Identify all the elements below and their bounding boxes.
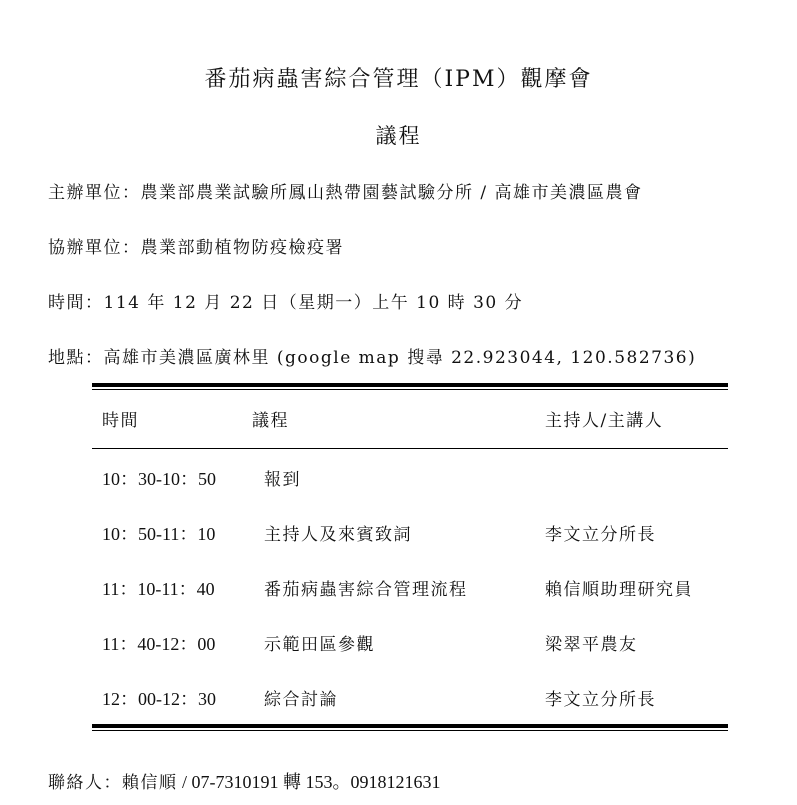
header-time: 時間 — [102, 406, 139, 431]
agenda-row: 11：40-12：00 示範田區參觀 梁翠平農友 — [92, 614, 728, 669]
agenda-table: 時間 議程 主持人/主講人 10：30-10：50 報到 10：50-11：10… — [92, 383, 728, 731]
row-host: 賴信順助理研究員 — [545, 575, 693, 600]
event-location-value: 高雄市美濃區廣林里 (google map 搜尋 22.923044, 120.… — [104, 348, 697, 368]
agenda-row: 10：50-11：10 主持人及來賓致詞 李文立分所長 — [92, 504, 728, 559]
document-title: 番茄病蟲害綜合管理（IPM）觀摩會 — [0, 62, 797, 93]
row-item: 示範田區參觀 — [264, 630, 375, 655]
agenda-row: 10：30-10：50 報到 — [92, 449, 728, 504]
agenda-row: 11：10-11：40 番茄病蟲害綜合管理流程 賴信順助理研究員 — [92, 559, 728, 614]
contact-line: 聯絡人：賴信順 / 07-7310191 轉 153。0918121631 — [48, 768, 441, 794]
agenda-row: 12：00-12：30 綜合討論 李文立分所長 — [92, 669, 728, 724]
row-item: 綜合討論 — [264, 685, 338, 710]
document-subtitle: 議程 — [0, 120, 797, 150]
event-time-line: 時間：114 年 12 月 22 日（星期一）上午 10 時 30 分 — [48, 288, 523, 313]
contact-phone: / 07-7310191 轉 153。0918121631 — [178, 772, 441, 792]
table-bottom-border-thin — [92, 730, 728, 731]
co-organizer-line: 協辦單位：農業部動植物防疫檢疫署 — [48, 233, 344, 258]
row-time: 10：50-11：10 — [102, 520, 215, 546]
row-time: 12：00-12：30 — [102, 685, 216, 711]
agenda-rows: 10：30-10：50 報到 10：50-11：10 主持人及來賓致詞 李文立分… — [92, 449, 728, 724]
header-item: 議程 — [252, 406, 289, 431]
row-time: 11：40-12：00 — [102, 630, 215, 656]
host-organizer-line: 主辦單位：農業部農業試驗所鳳山熱帶園藝試驗分所 / 高雄市美濃區農會 — [48, 178, 643, 203]
co-organizer-label: 協辦單位： — [48, 238, 141, 258]
row-host: 李文立分所長 — [545, 685, 656, 710]
agenda-header-row: 時間 議程 主持人/主講人 — [92, 390, 728, 449]
header-host: 主持人/主講人 — [545, 406, 663, 431]
event-time-label: 時間： — [48, 293, 104, 313]
row-item: 主持人及來賓致詞 — [264, 520, 412, 545]
co-organizer-value: 農業部動植物防疫檢疫署 — [141, 238, 345, 258]
row-host: 李文立分所長 — [545, 520, 656, 545]
event-time-value: 114 年 12 月 22 日（星期一）上午 10 時 30 分 — [104, 293, 524, 313]
row-time: 11：10-11：40 — [102, 575, 215, 601]
row-host: 梁翠平農友 — [545, 630, 638, 655]
event-location-label: 地點： — [48, 348, 104, 368]
host-organizer-value: 農業部農業試驗所鳳山熱帶園藝試驗分所 / 高雄市美濃區農會 — [141, 183, 643, 203]
row-time: 10：30-10：50 — [102, 465, 216, 491]
contact-name: 賴信順 — [122, 773, 178, 793]
host-organizer-label: 主辦單位： — [48, 183, 141, 203]
row-item: 報到 — [264, 465, 301, 490]
contact-label: 聯絡人： — [48, 773, 122, 793]
event-location-line: 地點：高雄市美濃區廣林里 (google map 搜尋 22.923044, 1… — [48, 343, 696, 368]
row-item: 番茄病蟲害綜合管理流程 — [264, 575, 468, 600]
